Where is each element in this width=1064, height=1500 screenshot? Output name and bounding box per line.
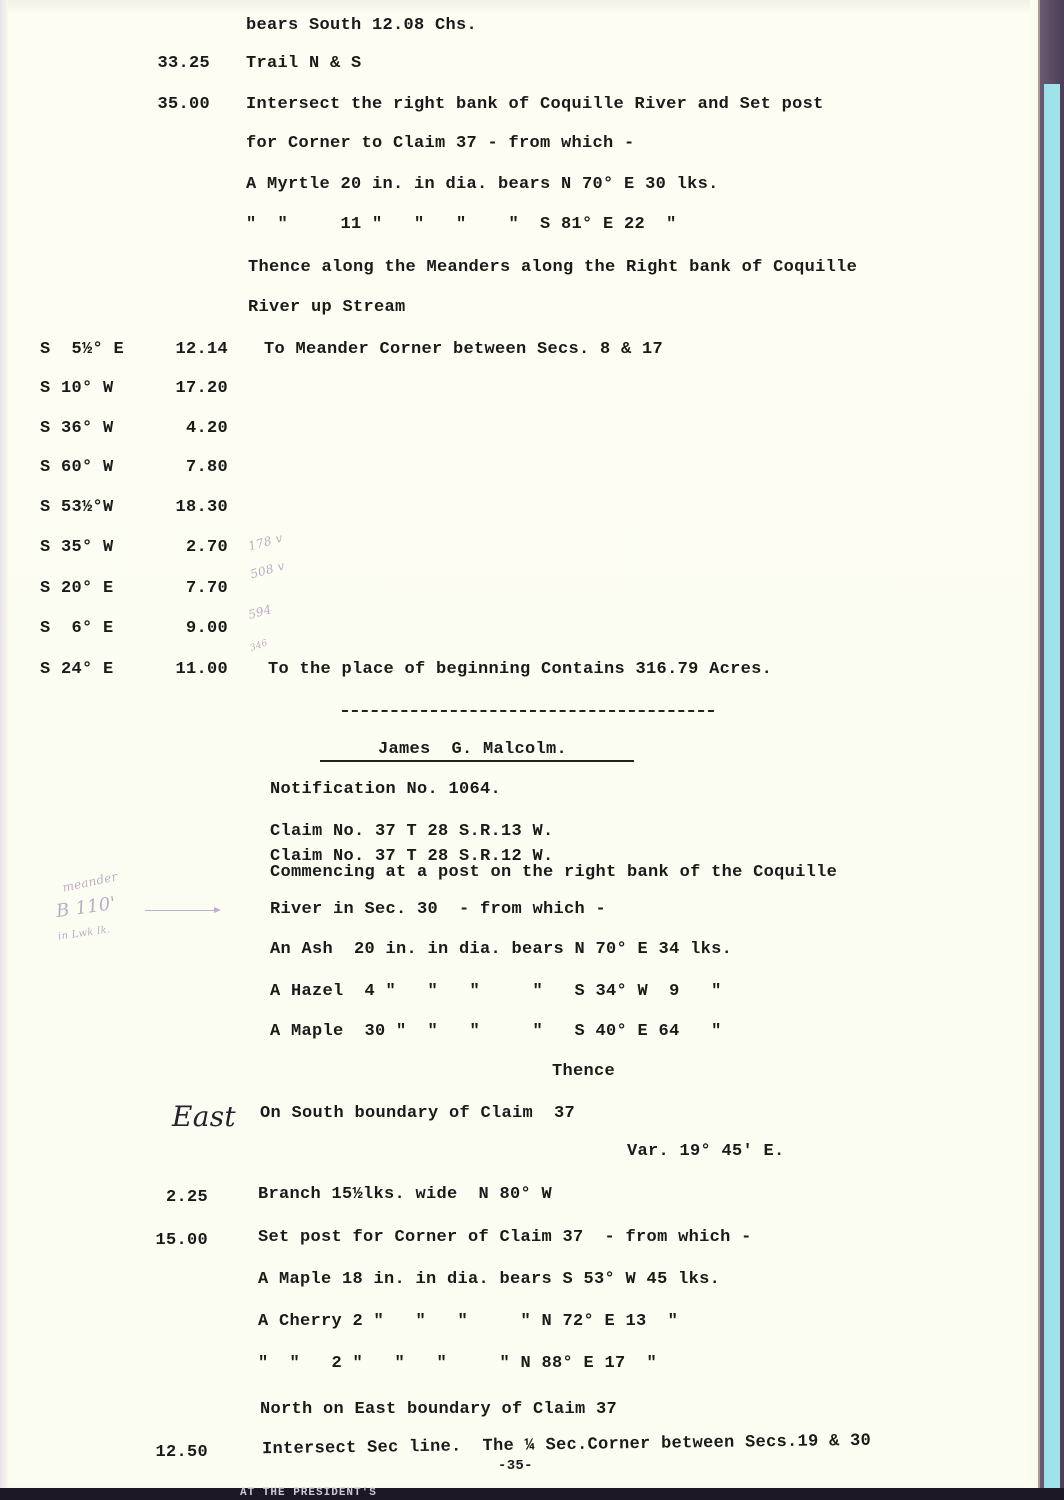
- text-line: Branch 15½lks. wide N 80° W: [258, 1185, 552, 1205]
- text-line: North on East boundary of Claim 37: [260, 1400, 617, 1420]
- meander-distance: 2.70: [138, 538, 228, 558]
- text-line: " " 11 " " " " S 81° E 22 ": [246, 215, 677, 235]
- variation: Var. 19° 45' E.: [627, 1142, 785, 1162]
- commencing-line: River in Sec. 30 - from which -: [270, 900, 606, 920]
- section-divider: [342, 710, 714, 712]
- notification-number: Notification No. 1064.: [270, 780, 501, 800]
- witness-tree: A Maple 30 " " " " S 40° E 64 ": [270, 1022, 722, 1042]
- bottom-strip-text: AT THE PRESIDENT'S: [240, 1487, 377, 1499]
- boundary-line: On South boundary of Claim 37: [260, 1104, 575, 1124]
- text-line: bears South 12.08 Chs.: [246, 16, 477, 36]
- meander-distance: 17.20: [138, 379, 228, 399]
- meander-note: To the place of beginning Contains 316.7…: [268, 660, 772, 680]
- witness-tree: A Hazel 4 " " " " S 34° W 9 ": [270, 982, 722, 1002]
- meander-distance: 7.70: [138, 579, 228, 599]
- binder-cyan-tab: [1044, 84, 1060, 1500]
- handwritten-direction: East: [172, 1102, 236, 1132]
- meander-bearing: S 35° W: [40, 538, 114, 558]
- meander-bearing: S 6° E: [40, 619, 114, 639]
- chain-distance: 33.25: [120, 54, 210, 74]
- text-line: Thence along the Meanders along the Righ…: [248, 258, 857, 278]
- meander-bearing: S 53½°W: [40, 498, 114, 518]
- meander-bearing: S 5½° E: [40, 340, 124, 360]
- text-line: River up Stream: [248, 298, 406, 318]
- thence-heading: Thence: [552, 1062, 615, 1082]
- meander-distance: 18.30: [138, 498, 228, 518]
- meander-distance: 11.00: [138, 660, 228, 680]
- meander-bearing: S 24° E: [40, 660, 114, 680]
- text-line: for Corner to Claim 37 - from which -: [246, 134, 635, 154]
- meander-bearing: S 10° W: [40, 379, 114, 399]
- meander-bearing: S 36° W: [40, 419, 114, 439]
- bottom-binding-strip: [0, 1488, 1064, 1500]
- page-left-edge: [0, 0, 8, 1500]
- chain-distance: 15.00: [118, 1231, 208, 1251]
- meander-bearing: S 60° W: [40, 458, 114, 478]
- page-number: -35-: [498, 1456, 533, 1476]
- text-line: Trail N & S: [246, 54, 362, 74]
- chain-distance: 12.50: [118, 1443, 208, 1463]
- text-line: Intersect the right bank of Coquille Riv…: [246, 95, 824, 115]
- chain-distance: 2.25: [118, 1188, 208, 1208]
- witness-tree: An Ash 20 in. in dia. bears N 70° E 34 l…: [270, 940, 732, 960]
- meander-distance: 9.00: [138, 619, 228, 639]
- meander-distance: 4.20: [138, 419, 228, 439]
- claim-line-1: Claim No. 37 T 28 S.R.13 W.: [270, 822, 554, 842]
- text-line: " " 2 " " " " N 88° E 17 ": [258, 1354, 657, 1374]
- claimant-underline: [320, 760, 634, 762]
- text-line: Set post for Corner of Claim 37 - from w…: [258, 1228, 752, 1248]
- meander-note: To Meander Corner between Secs. 8 & 17: [264, 340, 663, 360]
- meander-distance: 12.14: [138, 340, 228, 360]
- arrow-icon: [145, 910, 217, 911]
- text-line: A Cherry 2 " " " " N 72° E 13 ": [258, 1312, 678, 1332]
- text-line: A Myrtle 20 in. in dia. bears N 70° E 30…: [246, 175, 719, 195]
- meander-distance: 7.80: [138, 458, 228, 478]
- chain-distance: 35.00: [120, 95, 210, 115]
- text-line: A Maple 18 in. in dia. bears S 53° W 45 …: [258, 1270, 720, 1290]
- claimant-name: James G. Malcolm.: [378, 740, 567, 760]
- meander-bearing: S 20° E: [40, 579, 114, 599]
- commencing-line: Commencing at a post on the right bank o…: [270, 863, 837, 883]
